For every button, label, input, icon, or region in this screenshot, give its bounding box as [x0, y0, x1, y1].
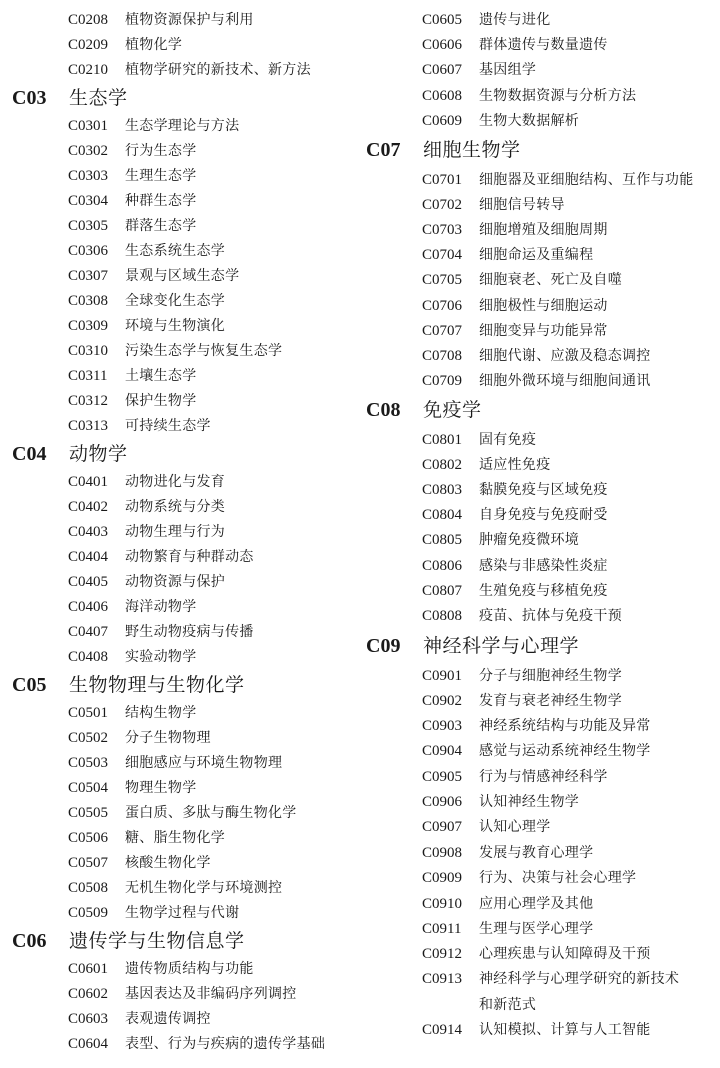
- subcategory-label: 基因表达及非编码序列调控: [125, 982, 297, 1007]
- subcategory-label: 群落生态学: [125, 214, 197, 239]
- subcategory-label: 肿瘤免疫微环境: [479, 528, 579, 553]
- subcategory-label: 生物大数据解析: [479, 109, 579, 134]
- subcategory-label: 行为与情感神经科学: [479, 765, 608, 790]
- subcategory-label: 适应性免疫: [479, 453, 551, 478]
- subcategory-label: 神经系统结构与功能及异常: [479, 714, 651, 739]
- subcategory-label: 植物学研究的新技术、新方法: [125, 58, 311, 83]
- subcategory-label: 景观与区域生态学: [125, 264, 239, 289]
- subcategory-code: C0601: [68, 957, 108, 982]
- subcategory-label: 物理生物学: [125, 776, 197, 801]
- subcategory-code: C0703: [422, 218, 462, 243]
- subcategory-code: C0609: [422, 109, 462, 134]
- subcategory-code: C0606: [422, 33, 462, 58]
- subcategory-code: C0508: [68, 876, 108, 901]
- subcategory-code: C0608: [422, 84, 462, 109]
- subcategory-label: 细胞外微环境与细胞间通讯: [479, 369, 651, 394]
- category-code: C05: [12, 671, 46, 699]
- subcategory-label: 可持续生态学: [125, 414, 211, 439]
- subcategory-label: 结构生物学: [125, 701, 197, 726]
- subcategory-code: C0503: [68, 751, 108, 776]
- subcategory-label: 发育与衰老神经生物学: [479, 689, 622, 714]
- category-title: 生态学: [69, 84, 128, 112]
- category-code: C06: [12, 927, 46, 955]
- category-title: 动物学: [69, 440, 128, 468]
- subcategory-code: C0313: [68, 414, 108, 439]
- subcategory-label: 分子生物物理: [125, 726, 211, 751]
- subcategory-label: 固有免疫: [479, 428, 536, 453]
- subcategory-code: C0802: [422, 453, 462, 478]
- subcategory-code: C0702: [422, 193, 462, 218]
- subcategory-label: 野生动物疫病与传播: [125, 620, 254, 645]
- subcategory-label: 细胞变异与功能异常: [479, 319, 608, 344]
- subcategory-code: C0505: [68, 801, 108, 826]
- subcategory-code: C0304: [68, 189, 108, 214]
- subcategory-code: C0911: [422, 917, 461, 942]
- subcategory-code: C0705: [422, 268, 462, 293]
- subcategory-label: 黏膜免疫与区域免疫: [479, 478, 608, 503]
- subcategory-code: C0406: [68, 595, 108, 620]
- subcategory-code: C0604: [68, 1032, 108, 1057]
- subcategory-label: 环境与生物演化: [125, 314, 225, 339]
- subcategory-code: C0701: [422, 168, 462, 193]
- subcategory-label: 海洋动物学: [125, 595, 197, 620]
- subcategory-label: 感觉与运动系统神经生物学: [479, 739, 651, 764]
- subcategory-code: C0906: [422, 790, 462, 815]
- subcategory-code: C0904: [422, 739, 462, 764]
- subcategory-label: 糖、脂生物化学: [125, 826, 225, 851]
- subcategory-label: 实验动物学: [125, 645, 197, 670]
- subcategory-label: 感染与非感染性炎症: [479, 554, 608, 579]
- subcategory-code: C0801: [422, 428, 462, 453]
- subcategory-code: C0311: [68, 364, 107, 389]
- subcategory-code: C0605: [422, 8, 462, 33]
- subcategory-label: 核酸生物化学: [125, 851, 211, 876]
- subcategory-label: 生理生态学: [125, 164, 197, 189]
- subcategory-label: 动物进化与发育: [125, 470, 225, 495]
- subcategory-code: C0808: [422, 604, 462, 629]
- subcategory-label: 和新范式: [479, 993, 536, 1018]
- subcategory-label: 细胞极性与细胞运动: [479, 294, 608, 319]
- subcategory-code: C0807: [422, 579, 462, 604]
- subcategory-code: C0913: [422, 967, 462, 992]
- subcategory-label: 神经科学与心理学研究的新技术: [479, 967, 679, 992]
- subcategory-code: C0405: [68, 570, 108, 595]
- subcategory-label: 发展与教育心理学: [479, 841, 593, 866]
- subcategory-label: 生理与医学心理学: [479, 917, 593, 942]
- subcategory-label: 遗传物质结构与功能: [125, 957, 254, 982]
- subcategory-code: C0707: [422, 319, 462, 344]
- subcategory-label: 植物资源保护与利用: [125, 8, 254, 33]
- subcategory-label: 心理疾患与认知障碍及干预: [479, 942, 651, 967]
- category-code: C07: [366, 136, 400, 164]
- subcategory-label: 认知心理学: [479, 815, 551, 840]
- category-code: C09: [366, 632, 400, 660]
- subcategory-code: C0401: [68, 470, 108, 495]
- subcategory-code: C0504: [68, 776, 108, 801]
- subcategory-code: C0806: [422, 554, 462, 579]
- subcategory-code: C0803: [422, 478, 462, 503]
- subcategory-label: 认知模拟、计算与人工智能: [479, 1018, 651, 1043]
- subcategory-label: 生态学理论与方法: [125, 114, 239, 139]
- subcategory-label: 种群生态学: [125, 189, 197, 214]
- subcategory-label: 生殖免疫与移植免疫: [479, 579, 608, 604]
- subcategory-code: C0804: [422, 503, 462, 528]
- category-code: C08: [366, 396, 400, 424]
- category-title: 生物物理与生物化学: [69, 671, 245, 699]
- subcategory-label: 动物繁育与种群动态: [125, 545, 254, 570]
- category-title: 遗传学与生物信息学: [69, 927, 245, 955]
- subcategory-code: C0210: [68, 58, 108, 83]
- subcategory-label: 表观遗传调控: [125, 1007, 211, 1032]
- subcategory-label: 生物数据资源与分析方法: [479, 84, 636, 109]
- subcategory-label: 应用心理学及其他: [479, 892, 593, 917]
- subcategory-code: C0907: [422, 815, 462, 840]
- subcategory-label: 动物资源与保护: [125, 570, 225, 595]
- subcategory-code: C0208: [68, 8, 108, 33]
- subcategory-code: C0805: [422, 528, 462, 553]
- subcategory-code: C0506: [68, 826, 108, 851]
- subcategory-label: 分子与细胞神经生物学: [479, 664, 622, 689]
- subcategory-label: 保护生物学: [125, 389, 197, 414]
- subcategory-code: C0507: [68, 851, 108, 876]
- category-title: 神经科学与心理学: [423, 632, 579, 660]
- subcategory-code: C0404: [68, 545, 108, 570]
- subcategory-code: C0312: [68, 389, 108, 414]
- subcategory-code: C0901: [422, 664, 462, 689]
- subcategory-label: 动物系统与分类: [125, 495, 225, 520]
- subcategory-code: C0603: [68, 1007, 108, 1032]
- subcategory-code: C0501: [68, 701, 108, 726]
- subcategory-label: 动物生理与行为: [125, 520, 225, 545]
- subcategory-code: C0310: [68, 339, 108, 364]
- subcategory-label: 基因组学: [479, 58, 536, 83]
- subcategory-code: C0209: [68, 33, 108, 58]
- subcategory-code: C0902: [422, 689, 462, 714]
- subcategory-label: 行为、决策与社会心理学: [479, 866, 636, 891]
- subcategory-code: C0602: [68, 982, 108, 1007]
- subcategory-code: C0407: [68, 620, 108, 645]
- subcategory-label: 细胞增殖及细胞周期: [479, 218, 608, 243]
- subcategory-code: C0305: [68, 214, 108, 239]
- category-title: 免疫学: [423, 396, 482, 424]
- category-title: 细胞生物学: [423, 136, 521, 164]
- subcategory-label: 自身免疫与免疫耐受: [479, 503, 608, 528]
- subcategory-label: 细胞器及亚细胞结构、互作与功能: [479, 168, 694, 193]
- subcategory-code: C0903: [422, 714, 462, 739]
- subcategory-code: C0302: [68, 139, 108, 164]
- subcategory-code: C0301: [68, 114, 108, 139]
- subcategory-code: C0905: [422, 765, 462, 790]
- subcategory-label: 蛋白质、多肽与酶生物化学: [125, 801, 297, 826]
- subcategory-code: C0403: [68, 520, 108, 545]
- subcategory-code: C0309: [68, 314, 108, 339]
- subcategory-code: C0908: [422, 841, 462, 866]
- subcategory-label: 遗传与进化: [479, 8, 551, 33]
- subcategory-label: 疫苗、抗体与免疫干预: [479, 604, 622, 629]
- subcategory-label: 细胞命运及重编程: [479, 243, 593, 268]
- subcategory-code: C0509: [68, 901, 108, 926]
- subcategory-code: C0912: [422, 942, 462, 967]
- subcategory-label: 细胞信号转导: [479, 193, 565, 218]
- subcategory-code: C0909: [422, 866, 462, 891]
- subcategory-code: C0303: [68, 164, 108, 189]
- subcategory-label: 植物化学: [125, 33, 182, 58]
- subcategory-label: 细胞感应与环境生物物理: [125, 751, 282, 776]
- subcategory-code: C0704: [422, 243, 462, 268]
- subcategory-label: 生态系统生态学: [125, 239, 225, 264]
- category-code: C04: [12, 440, 46, 468]
- subcategory-code: C0914: [422, 1018, 462, 1043]
- subcategory-label: 污染生态学与恢复生态学: [125, 339, 282, 364]
- subcategory-code: C0402: [68, 495, 108, 520]
- category-code: C03: [12, 84, 46, 112]
- subcategory-code: C0306: [68, 239, 108, 264]
- subcategory-label: 土壤生态学: [125, 364, 197, 389]
- subcategory-label: 生物学过程与代谢: [125, 901, 239, 926]
- subcategory-label: 群体遗传与数量遗传: [479, 33, 608, 58]
- subcategory-label: 全球变化生态学: [125, 289, 225, 314]
- subcategory-code: C0308: [68, 289, 108, 314]
- subcategory-label: 细胞衰老、死亡及自噬: [479, 268, 622, 293]
- subcategory-label: 细胞代谢、应激及稳态调控: [479, 344, 651, 369]
- subcategory-label: 认知神经生物学: [479, 790, 579, 815]
- subcategory-code: C0408: [68, 645, 108, 670]
- subcategory-code: C0502: [68, 726, 108, 751]
- subcategory-label: 无机生物化学与环境测控: [125, 876, 282, 901]
- subcategory-code: C0708: [422, 344, 462, 369]
- subcategory-code: C0709: [422, 369, 462, 394]
- subcategory-code: C0910: [422, 892, 462, 917]
- subcategory-code: C0607: [422, 58, 462, 83]
- subcategory-label: 行为生态学: [125, 139, 197, 164]
- subcategory-label: 表型、行为与疾病的遗传学基础: [125, 1032, 325, 1057]
- subcategory-code: C0307: [68, 264, 108, 289]
- subcategory-code: C0706: [422, 294, 462, 319]
